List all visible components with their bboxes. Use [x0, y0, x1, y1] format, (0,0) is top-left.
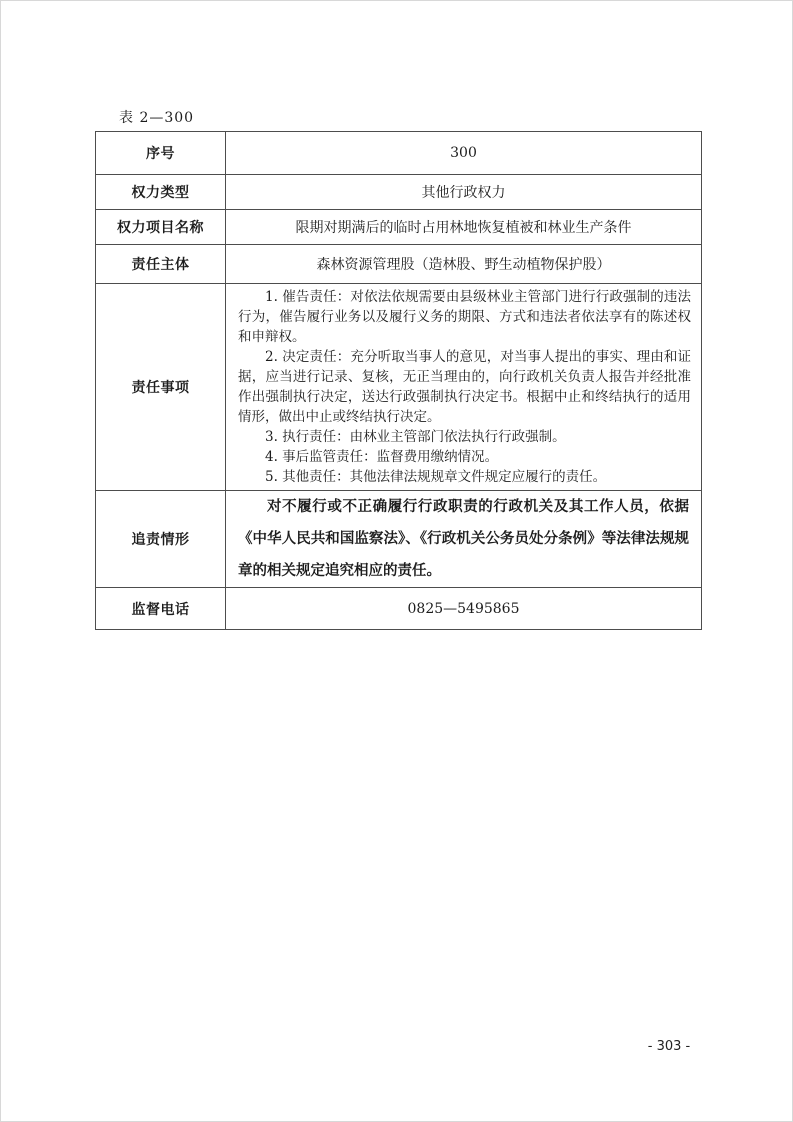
- row-value-power-type: 其他行政权力: [226, 175, 702, 210]
- row-label-supervision-phone: 监督电话: [96, 588, 226, 630]
- row-value-supervision-phone: 0825—5495865: [226, 588, 702, 630]
- table-row-power-type: 权力类型 其他行政权力: [96, 175, 702, 210]
- table-row-sequence-number: 序号 300: [96, 132, 702, 175]
- page-number: - 303 -: [637, 1039, 701, 1054]
- row-value-responsible-body: 森林资源管理股（造林股、野生动植物保护股）: [226, 245, 702, 284]
- row-value-accountability-situations: 对不履行或不正确履行行政职责的行政机关及其工作人员，依据《中华人民共和国监察法》…: [226, 491, 702, 588]
- row-value-power-item-name: 限期对期满后的临时占用林地恢复植被和林业生产条件: [226, 210, 702, 245]
- duty-paragraph-4: 4. 事后监管责任：监督费用缴纳情况。: [238, 447, 691, 467]
- duty-paragraph-2: 2. 决定责任：充分听取当事人的意见，对当事人提出的事实、理由和证据，应当进行记…: [238, 347, 691, 427]
- table-row-supervision-phone: 监督电话 0825—5495865: [96, 588, 702, 630]
- row-label-power-item-name: 权力项目名称: [96, 210, 226, 245]
- table-caption: 表 2—300: [119, 107, 194, 127]
- table-row-responsible-body: 责任主体 森林资源管理股（造林股、野生动植物保护股）: [96, 245, 702, 284]
- duty-paragraph-3: 3. 执行责任：由林业主管部门依法执行行政强制。: [238, 427, 691, 447]
- row-label-power-type: 权力类型: [96, 175, 226, 210]
- row-value-responsibility-items: 1. 催告责任：对依法依规需要由县级林业主管部门进行行政强制的违法行为，催告履行…: [226, 284, 702, 491]
- table-row-accountability-situations: 追责情形 对不履行或不正确履行行政职责的行政机关及其工作人员，依据《中华人民共和…: [96, 491, 702, 588]
- document-page: 表 2—300 序号 300 权力类型 其他行政权力 权力项目名称 限期对期满后…: [0, 0, 793, 1122]
- row-label-responsibility-items: 责任事项: [96, 284, 226, 491]
- responsibility-table: 序号 300 权力类型 其他行政权力 权力项目名称 限期对期满后的临时占用林地恢…: [95, 131, 702, 630]
- row-label-accountability-situations: 追责情形: [96, 491, 226, 588]
- row-value-sequence-number: 300: [226, 132, 702, 175]
- duty-paragraph-5: 5. 其他责任：其他法律法规规章文件规定应履行的责任。: [238, 467, 691, 487]
- duty-paragraph-1: 1. 催告责任：对依法依规需要由县级林业主管部门进行行政强制的违法行为，催告履行…: [238, 287, 691, 347]
- row-label-sequence-number: 序号: [96, 132, 226, 175]
- table-row-power-item-name: 权力项目名称 限期对期满后的临时占用林地恢复植被和林业生产条件: [96, 210, 702, 245]
- row-label-responsible-body: 责任主体: [96, 245, 226, 284]
- table-row-responsibility-items: 责任事项 1. 催告责任：对依法依规需要由县级林业主管部门进行行政强制的违法行为…: [96, 284, 702, 491]
- accountability-paragraph: 对不履行或不正确履行行政职责的行政机关及其工作人员，依据《中华人民共和国监察法》…: [238, 491, 689, 587]
